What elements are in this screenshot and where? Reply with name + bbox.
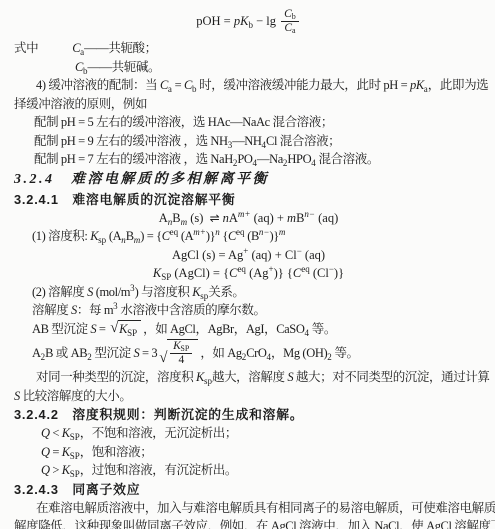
fraction-denominator: 4 [170, 354, 192, 367]
text-run: − lg [253, 14, 279, 28]
text-run: 关系。 [208, 285, 244, 299]
text-run: (A [106, 229, 121, 243]
subscript: 4 [262, 140, 267, 150]
variable: pK [410, 78, 424, 92]
equation-dissolution-general: AnBm (s) ⇌nAm+ (aq) + mBn− (aq) [14, 209, 483, 228]
text-run: (s) [187, 211, 206, 225]
variable: K [62, 445, 70, 459]
text-run: A [229, 211, 238, 225]
solubility-vs-ksp: (2) 溶解度 S (mol/m3) 与溶度积 Ksp关系。 [14, 283, 483, 302]
text-run: { [220, 229, 228, 243]
fraction-denominator: Ca [281, 22, 299, 35]
text-run: )} [269, 229, 278, 243]
text-run: —Na [257, 152, 283, 166]
subscript: b [83, 66, 88, 76]
text-run: 3.2.4.2 溶度积规则：判断沉淀的生成和溶解。 [14, 407, 303, 422]
text-run: < [50, 426, 62, 440]
superscript: + [243, 246, 248, 256]
text-run: (Ag [246, 266, 269, 280]
text-run: 4 [179, 354, 184, 366]
subscript: b [248, 20, 253, 30]
variable: K [153, 266, 161, 280]
common-ion-paragraph: 在难溶电解质溶液中，加入与难溶电解质具有相同离子的易溶电解质，可使难溶电解质溶 [14, 499, 483, 518]
text-run: = [172, 78, 184, 92]
equation-agcl-ksp: KSP (AgCl) = {Ceq (Ag+)} {Ceq (Cl−)} [14, 264, 483, 283]
text-run: (2) 溶解度 [32, 285, 87, 299]
subscript: SP [180, 344, 189, 353]
text-run: 式中 [14, 41, 38, 55]
text-run: )} [206, 229, 215, 243]
superscript: n− [259, 227, 270, 237]
common-ion-paragraph-cont: 解度降低，这种现象叫做同离子效应，例如，在 AgCl 溶液中，加入 NaCl，使… [14, 517, 483, 529]
subscript: 2 [327, 352, 332, 362]
text-run: > [50, 463, 62, 477]
subscript: b [292, 12, 296, 21]
subscript: a [168, 84, 172, 94]
page-content: pOH = pKb − lg CbCa式中Ca——共轭酸；Cb——共轭碱。4) … [14, 3, 483, 529]
subscript: 2 [87, 352, 92, 362]
variable: K [196, 370, 204, 384]
text-run: (aq) [315, 211, 338, 225]
text-run: —NH [232, 134, 261, 148]
variable: K [90, 229, 98, 243]
text-run: A [159, 211, 168, 225]
variable: pK [234, 14, 249, 28]
text-run: 比较溶解度的大小。 [20, 389, 132, 403]
text-run: AB 型沉淀 [32, 322, 90, 336]
fraction-numerator: KSP [170, 340, 192, 354]
variable: C [284, 22, 292, 34]
text-run: ) 与溶度积 [135, 285, 193, 299]
text-run: 时，缓冲溶液缓冲能力最大，此时 pH = [196, 78, 410, 92]
subscript: SP [70, 451, 80, 461]
text-run: 解度降低，这种现象叫做同离子效应，例如，在 AgCl 溶液中，加入 NaCl，使… [14, 519, 495, 529]
text-run: 越大，溶解度 [212, 370, 287, 384]
superscript: m [279, 227, 286, 237]
text-run: = 3 [139, 346, 157, 360]
subscript: 2 [41, 352, 46, 362]
text-run: 等。 [309, 322, 336, 336]
text-run: 3.2.4.3 同离子效应 [14, 482, 140, 497]
text-run: = [50, 445, 62, 459]
superscript: eq [170, 227, 179, 237]
same-type-comparison: 对同一种类型的沉淀，溶度积 Ksp越大，溶解度 S 越大；对不同类型的沉淀，通过… [14, 368, 483, 387]
text-run: ) = { [140, 229, 161, 243]
subscript: 2 [233, 158, 238, 168]
superscript: m+ [193, 227, 206, 237]
superscript: eq [236, 227, 245, 237]
ab-type-formula: AB 型沉淀 S = √KSP，如 AgCl，AgBr，AgI，CaSO4 等。 [14, 320, 483, 339]
text-run: (mol/m [93, 285, 130, 299]
superscript: n [215, 227, 220, 237]
subscript: 4 [305, 328, 310, 338]
superscript: eq [301, 264, 310, 274]
text-run: B 或 AB [45, 346, 87, 360]
variable: K [62, 463, 70, 477]
heading-3-2-4-1: 3.2.4.1 难溶电解质的沉淀溶解平衡 [14, 190, 483, 209]
subscript: SP [70, 469, 80, 479]
fraction-numerator: Cb [281, 8, 299, 22]
variable: C [284, 8, 292, 20]
text-run: (Cl [310, 266, 329, 280]
same-type-comparison-cont: S 比较溶解度的大小。 [14, 387, 483, 406]
text-run: = [96, 322, 108, 336]
rule-saturated: Q = KSP，饱和溶液； [14, 443, 483, 462]
superscript: 3 [130, 283, 135, 293]
subscript: b [192, 84, 197, 94]
subscript: 3 [228, 140, 233, 150]
text-run: 3.2.4 难溶电解质的多相解离平衡 [14, 172, 269, 187]
buffer-preparation-cont: 择缓冲溶液的原则，例如 [14, 95, 483, 114]
variable: C [184, 78, 192, 92]
text-run: )} [334, 266, 344, 280]
buffer-example-ph9: 配制 pH = 9 左右的缓冲溶液 ，选 NH3—NH4Cl 混合溶液； [14, 132, 483, 151]
subscript: sp [200, 291, 208, 301]
text-run: (aq) + [250, 211, 287, 225]
subscript: 2 [283, 158, 288, 168]
variable: K [62, 426, 70, 440]
text-run: (aq) + Cl [248, 248, 296, 262]
subscript: 4 [267, 352, 272, 362]
text-run: ——共轭碱。 [87, 60, 160, 74]
rule-supersaturated: Q > KSP，过饱和溶液，有沉淀析出。 [14, 461, 483, 480]
superscript: eq [237, 264, 246, 274]
text-run: 配制 pH = 7 左右的缓冲溶液 ，选 NaH [34, 152, 233, 166]
text-run: 水溶液中含溶质的摩尔数。 [118, 303, 266, 317]
subscript: 4 [253, 158, 258, 168]
variable: C [160, 78, 168, 92]
equation-agcl-dissolution: AgCl (s) = Ag+ (aq) + Cl− (aq) [14, 246, 483, 265]
text-run: ，Mg (OH) [271, 346, 327, 360]
variable: C [162, 229, 170, 243]
radical: √KSP [110, 320, 141, 336]
variable: C [228, 229, 236, 243]
heading-3-2-4: 3.2.4 难溶电解质的多相解离平衡 [14, 169, 483, 190]
document-page: pOH = pKb − lg CbCa式中Ca——共轭酸；Cb——共轭碱。4) … [0, 0, 495, 529]
radical-sign-icon: √ [159, 351, 167, 366]
variable: Q [41, 426, 50, 440]
rule-unsaturated: Q < KSP，不饱和溶液，无沉淀析出； [14, 424, 483, 443]
text-run: (AgCl) = { [171, 266, 229, 280]
text-run: PO [237, 152, 252, 166]
superscript: m+ [238, 209, 251, 219]
a2b-type-formula: A2B 或 AB2 型沉淀 S = 3√KSP4，如 Ag2CrO4，Mg (O… [14, 338, 483, 368]
variable: K [192, 285, 200, 299]
text-run: ，如 AgCl，AgBr，AgI，CaSO [143, 322, 304, 336]
text-run: 型沉淀 [92, 346, 134, 360]
text-run: 对同一种类型的沉淀，溶度积 [36, 370, 196, 384]
subscript: SP [70, 432, 80, 442]
text-run: 配制 pH = 9 左右的缓冲溶液 ，选 NH [34, 134, 228, 148]
variable: C [75, 60, 83, 74]
text-run: ，过饱和溶液，有沉淀析出。 [80, 463, 237, 477]
heading-3-2-4-2: 3.2.4.2 溶度积规则：判断沉淀的生成和溶解。 [14, 405, 483, 424]
fraction: KSP4 [170, 340, 192, 366]
text-run: 等。 [332, 346, 359, 360]
text-run: (B [244, 229, 258, 243]
buffer-example-ph7: 配制 pH = 7 左右的缓冲溶液 ，选 NaH2PO4—Na2HPO4 混合溶… [14, 150, 483, 169]
text-run: (A [178, 229, 193, 243]
text-run: CrO [246, 346, 266, 360]
text-run: ——共轭酸； [84, 41, 157, 55]
text-run: AgCl (s) = Ag [172, 248, 243, 262]
text-run: 混合溶液。 [316, 152, 379, 166]
solubility-product-definition: (1) 溶度积: Ksp (AnBm) = {Ceq (Am+)}n {Ceq … [14, 227, 483, 246]
variable: m [287, 211, 296, 225]
buffer-preparation-intro: 4) 缓冲溶液的配制：当 Ca = Cb 时，缓冲溶液缓冲能力最大，此时 pH … [14, 76, 483, 95]
text-run: pOH = [196, 14, 234, 28]
radical-body: KSP4 [167, 339, 198, 367]
subscript: SP [127, 328, 137, 338]
superscript: + [269, 264, 274, 274]
subscript: m [134, 235, 141, 245]
subscript: sp [204, 376, 212, 386]
text-run: 择缓冲溶液的原则，例如 [14, 97, 147, 111]
subscript: 4 [311, 158, 316, 168]
text-run: 配制 pH = 5 左右的缓冲溶液，选 HAc—NaAc 混合溶液； [34, 115, 333, 129]
subscript: sp [98, 235, 106, 245]
text-run: 4) 缓冲溶液的配制：当 [36, 78, 160, 92]
text-run: )} { [274, 266, 293, 280]
solubility-definition: 溶解度 S：每 m3 水溶液中含溶质的摩尔数。 [14, 301, 483, 320]
radical: √KSP4 [159, 339, 198, 367]
text-run: ，如 Ag [200, 346, 241, 360]
subscript: a [424, 84, 428, 94]
subscript: n [168, 217, 173, 227]
text-run: 溶解度 [32, 303, 71, 317]
subscript: a [80, 47, 84, 57]
equilibrium-arrow-icon: ⇌ [210, 211, 220, 225]
superscript: n− [304, 209, 315, 219]
variable: C [293, 266, 301, 280]
variable: Q [41, 463, 50, 477]
subscript: m [181, 217, 188, 227]
fraction: CbCa [281, 8, 299, 34]
radical-sign-icon: √ [110, 321, 118, 336]
text-run: Cl 混合溶液； [266, 134, 340, 148]
text-run: 越大；对不同类型的沉淀，通过计算 [293, 370, 489, 384]
variable: C [72, 41, 80, 55]
formula-poh: pOH = pKb − lg CbCa [14, 3, 483, 39]
text-run: 在难溶电解质溶液中，加入与难溶电解质具有相同离子的易溶电解质，可使难溶电解质溶 [36, 501, 495, 515]
text-run: 3.2.4.1 难溶电解质的沉淀溶解平衡 [14, 192, 236, 207]
text-run: ：每 m [77, 303, 113, 317]
subscript: SP [161, 272, 171, 282]
text-run: B [172, 211, 180, 225]
text-run: B [126, 229, 134, 243]
text-run: ，不饱和溶液，无沉淀析出； [80, 426, 237, 440]
variable: Q [41, 445, 50, 459]
radical-body: KSP [118, 320, 141, 336]
text-run: A [32, 346, 41, 360]
subscript: 2 [242, 352, 247, 362]
text-run: ，饱和溶液； [80, 445, 153, 459]
superscript: 3 [113, 301, 118, 311]
heading-3-2-4-3: 3.2.4.3 同离子效应 [14, 480, 483, 499]
subscript: n [121, 235, 126, 245]
legend-conjugate-acid: 式中Ca——共轭酸； [14, 39, 483, 58]
text-run: ，此即为选 [428, 78, 489, 92]
superscript: − [297, 246, 302, 256]
variable: K [119, 322, 127, 336]
text-run: HPO [287, 152, 311, 166]
text-run: (1) 溶度积: [32, 229, 90, 243]
subscript: a [292, 26, 296, 35]
buffer-example-ph5: 配制 pH = 5 左右的缓冲溶液，选 HAc—NaAc 混合溶液； [14, 113, 483, 132]
text-run: (aq) [302, 248, 325, 262]
superscript: − [329, 264, 334, 274]
legend-conjugate-base: Cb——共轭碱。 [14, 58, 483, 77]
